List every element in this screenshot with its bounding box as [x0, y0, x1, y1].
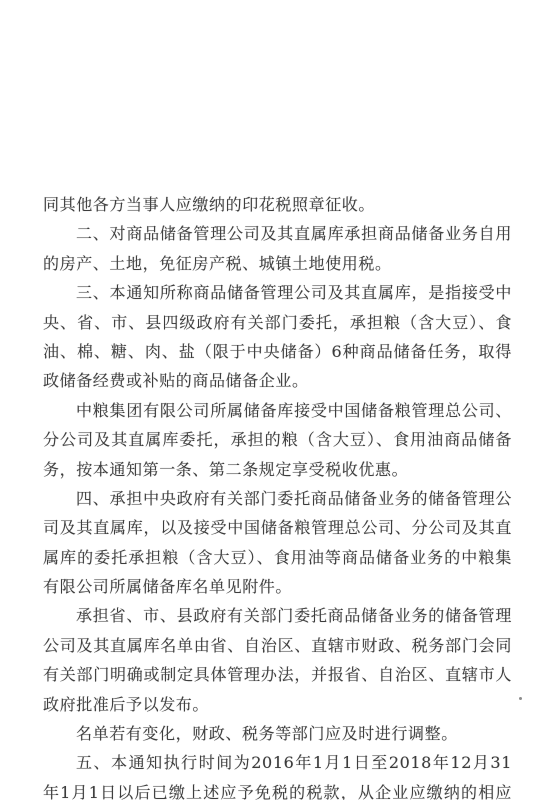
text-line: 承担省、市、县政府有关部门委托商品储备业务的储备管理 — [43, 601, 512, 630]
text-line: 名单若有变化，财政、税务等部门应及时进行调整。 — [43, 719, 512, 748]
text-line: 中粮集团有限公司所属储备库接受中国储备粮管理总公司、 — [43, 396, 512, 425]
text-line: 政府批准后予以发布。 — [43, 690, 512, 719]
scan-speck — [519, 697, 522, 700]
text-line: 务，按本通知第一条、第二条规定享受税收优惠。 — [43, 455, 512, 484]
text-line: 有关部门明确或制定具体管理办法，并报省、自治区、直辖市人民 — [43, 660, 512, 689]
text-line: 的房产、土地，免征房产税、城镇土地使用税。 — [43, 249, 512, 278]
text-line: 分公司及其直属库委托，承担的粮（含大豆）、食用油商品储备业 — [43, 425, 512, 454]
document-body: 同其他各方当事人应缴纳的印花税照章征收。 二、对商品储备管理公司及其直属库承担商… — [43, 190, 512, 800]
text-line: 政储备经费或补贴的商品储备企业。 — [43, 366, 512, 395]
text-line: 二、对商品储备管理公司及其直属库承担商品储备业务自用 — [43, 219, 512, 248]
text-line: 属库的委托承担粮（含大豆）、食用油等商品储备业务的中粮集团 — [43, 543, 512, 572]
text-line: 央、省、市、县四级政府有关部门委托，承担粮（含大豆）、食用 — [43, 308, 512, 337]
text-line: 同其他各方当事人应缴纳的印花税照章征收。 — [43, 190, 512, 219]
text-line: 四、承担中央政府有关部门委托商品储备业务的储备管理公 — [43, 484, 512, 513]
document-page: 同其他各方当事人应缴纳的印花税照章征收。 二、对商品储备管理公司及其直属库承担商… — [0, 0, 550, 800]
text-line: 五、本通知执行时间为2016年1月1日至2018年12月31日。2016 — [43, 748, 512, 777]
text-line: 三、本通知所称商品储备管理公司及其直属库，是指接受中 — [43, 278, 512, 307]
text-line: 油、棉、糖、肉、盐（限于中央储备）6种商品储备任务，取得财 — [43, 337, 512, 366]
text-line: 公司及其直属库名单由省、自治区、直辖市财政、税务部门会同 — [43, 631, 512, 660]
text-line: 年1月1日以后已缴上述应予免税的税款，从企业应缴纳的相应税 — [43, 778, 512, 800]
text-line: 有限公司所属储备库名单见附件。 — [43, 572, 512, 601]
text-line: 司及其直属库，以及接受中国储备粮管理总公司、分公司及其直 — [43, 513, 512, 542]
